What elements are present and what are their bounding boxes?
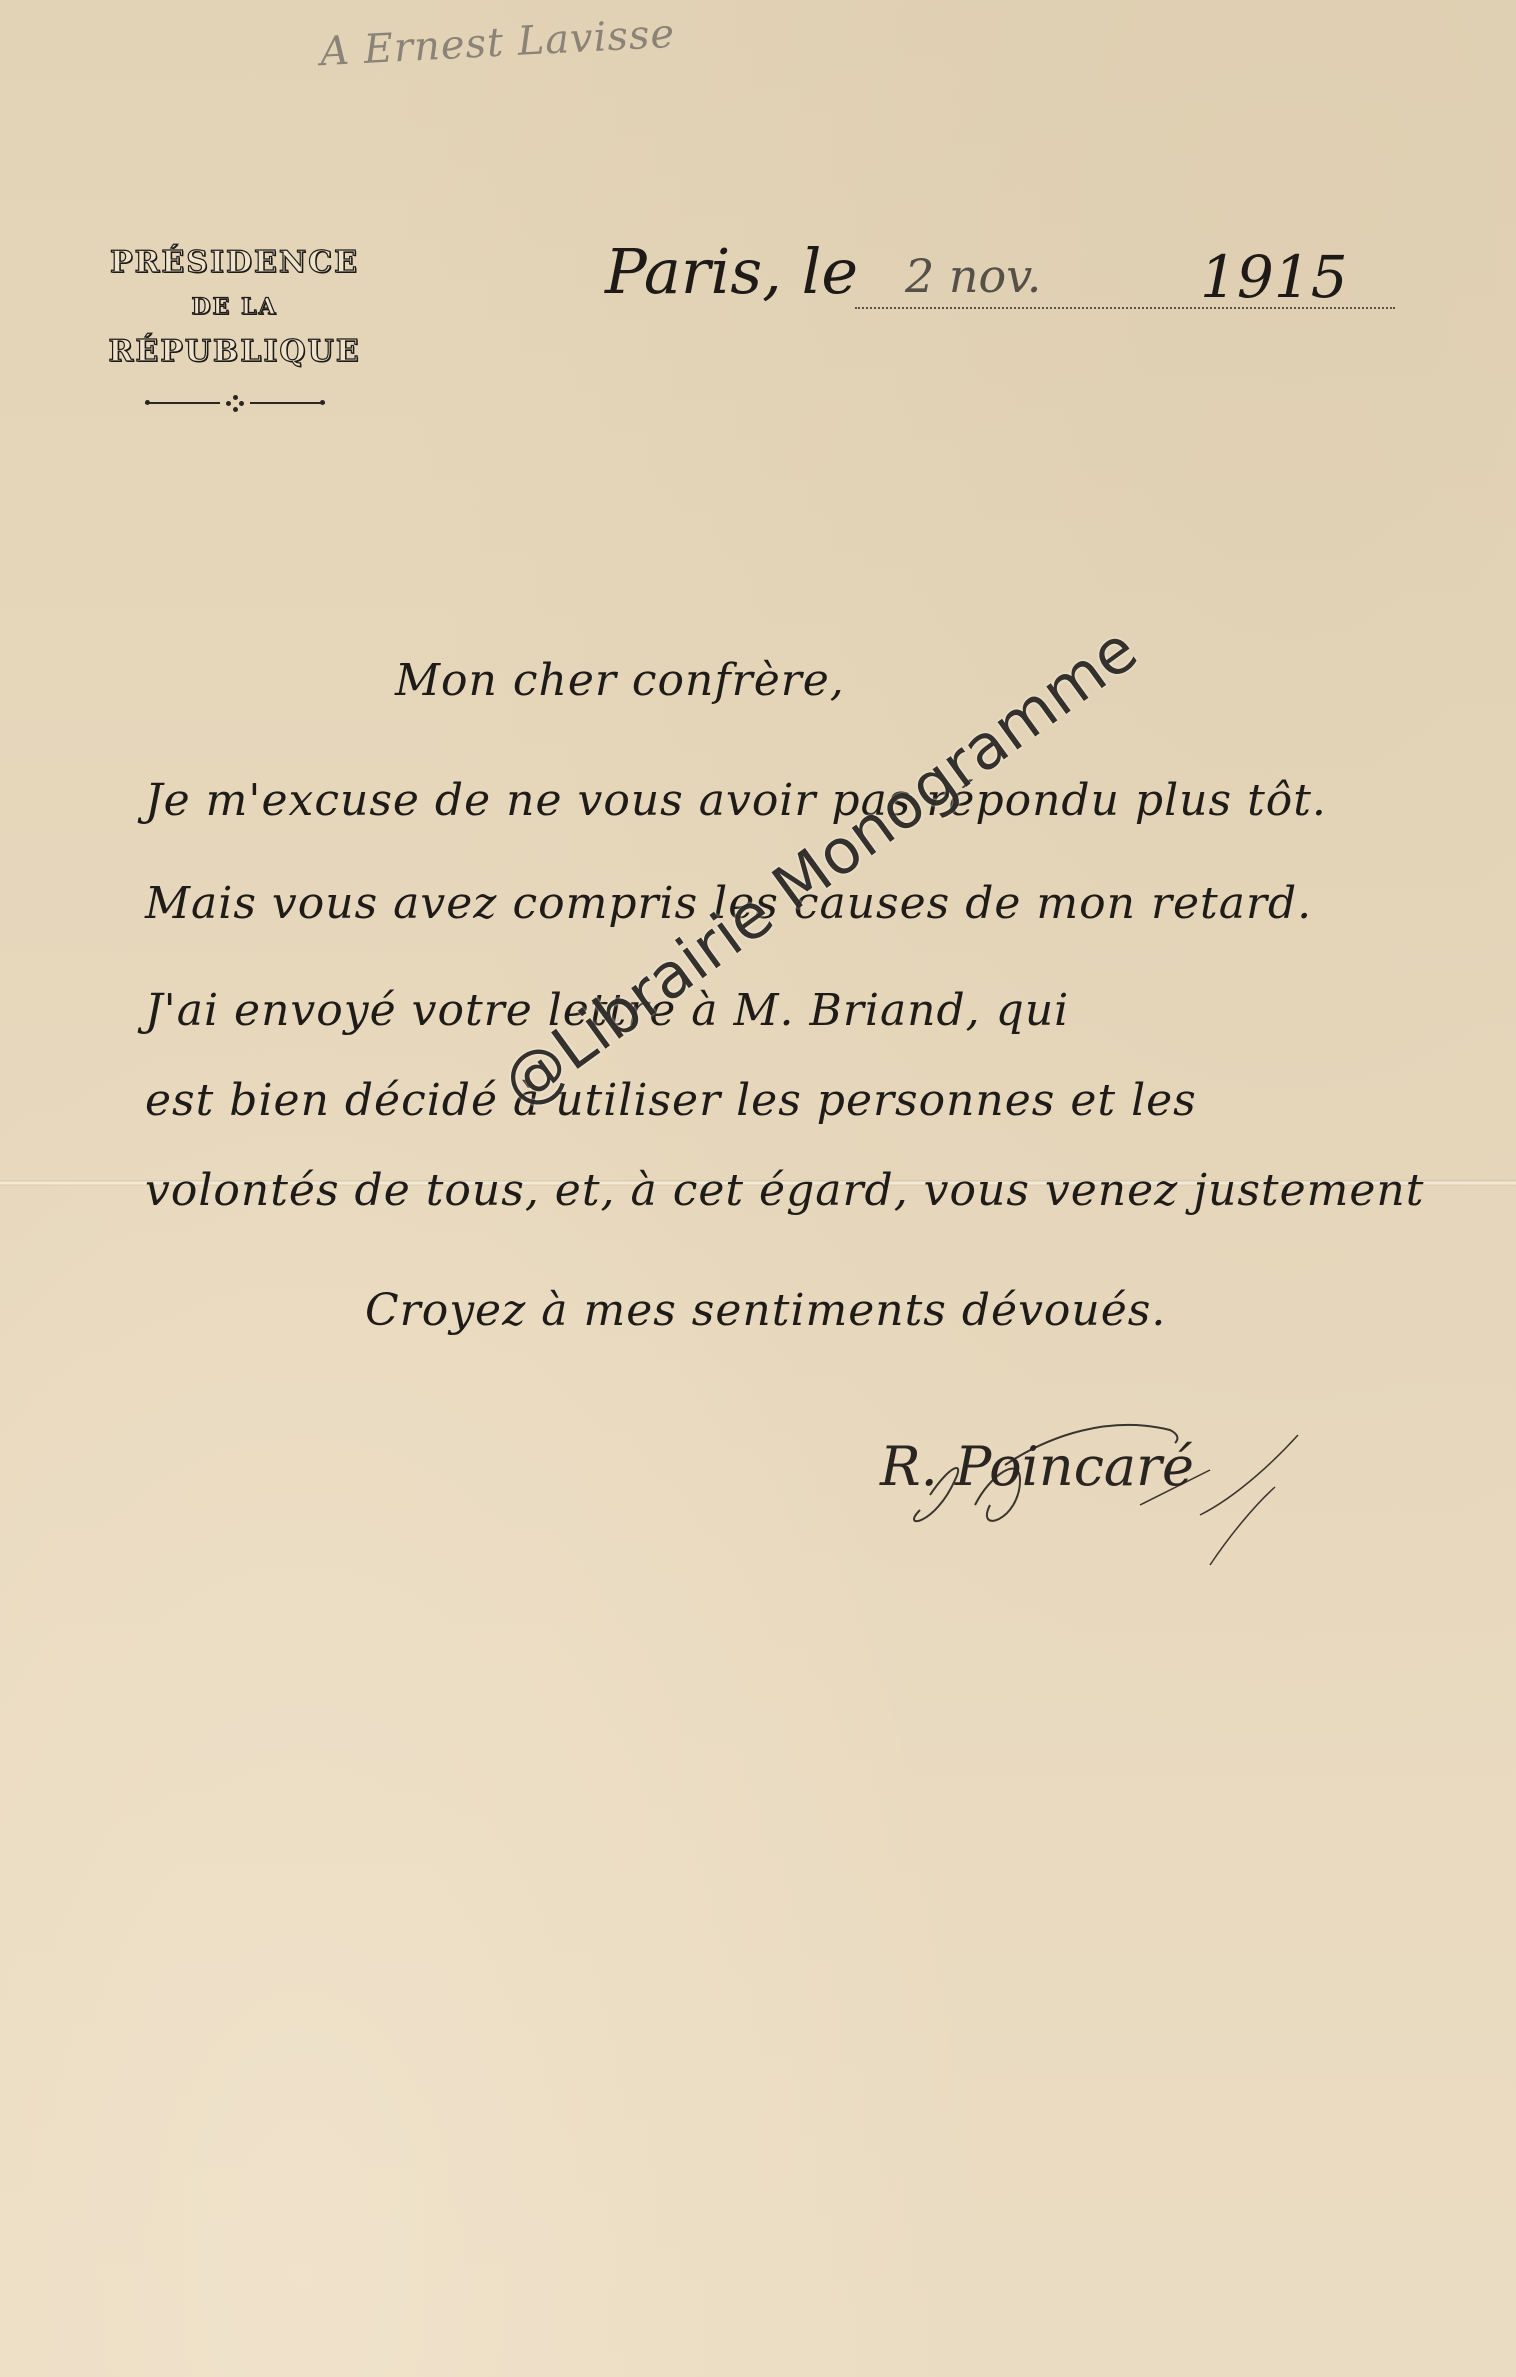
letterhead: PRÉSIDENCE DE LA RÉPUBLIQUE bbox=[62, 245, 407, 409]
body-line-1: Je m'excuse de ne vous avoir pas répondu… bbox=[145, 775, 1327, 826]
date-year: 1915 bbox=[1200, 243, 1348, 311]
ornament-divider-icon bbox=[145, 397, 325, 409]
letterhead-line-3: RÉPUBLIQUE bbox=[62, 334, 407, 369]
letterhead-line-2: DE LA bbox=[62, 294, 407, 320]
dateline: Paris, le 2 nov. 1915 bbox=[605, 235, 1395, 325]
salutation: Mon cher confrère, bbox=[395, 655, 845, 706]
closing-line: Croyez à mes sentiments dévoués. bbox=[365, 1285, 1166, 1336]
letterhead-line-1: PRÉSIDENCE bbox=[62, 245, 407, 280]
signature: R. Poincaré bbox=[880, 1435, 1194, 1498]
date-day-month: 2 nov. bbox=[905, 249, 1041, 303]
body-line-4: est bien décidé à utiliser les personnes… bbox=[145, 1075, 1197, 1126]
body-line-5: volontés de tous, et, à cet égard, vous … bbox=[145, 1165, 1424, 1216]
date-place: Paris, le bbox=[605, 235, 858, 308]
